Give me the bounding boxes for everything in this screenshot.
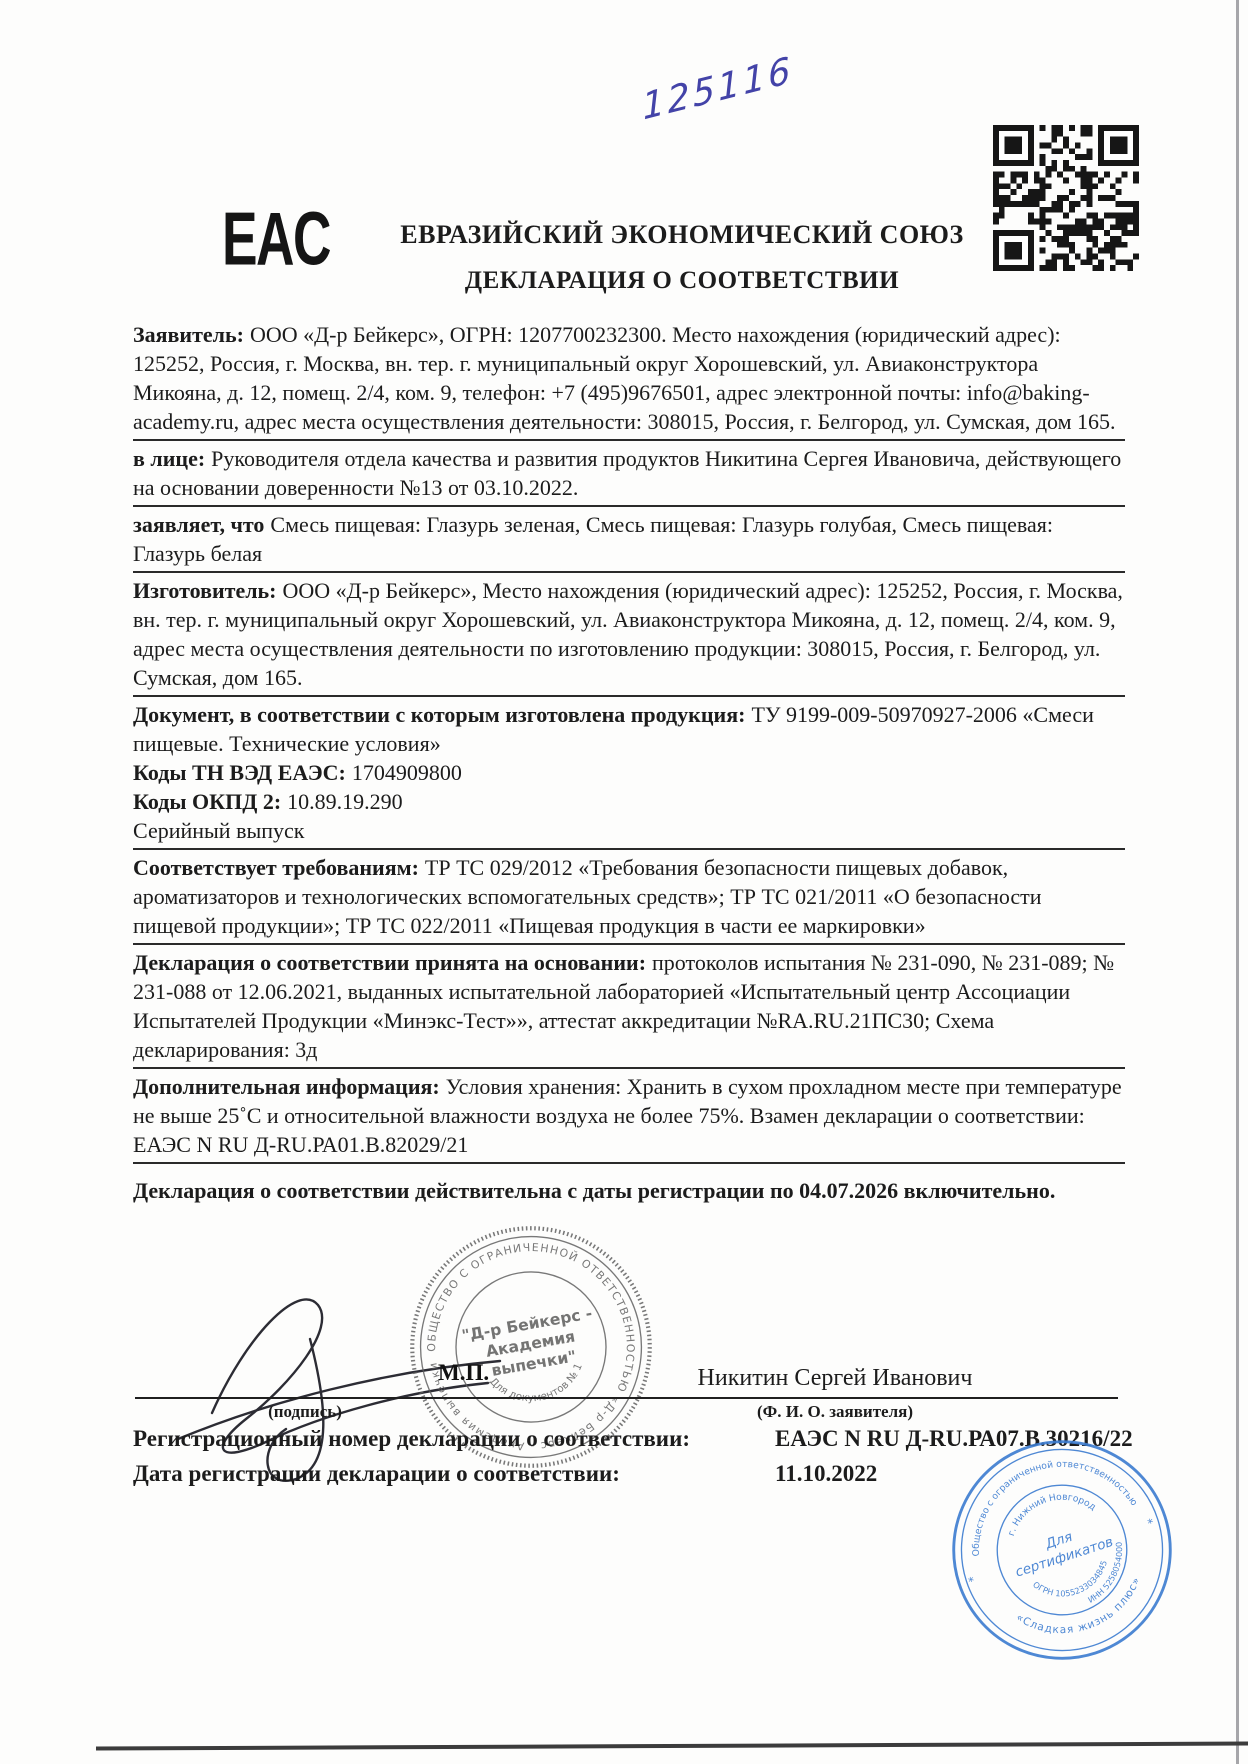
section-serial-release-text: Серийный выпуск xyxy=(133,818,304,843)
stamp-blue-star-right: * xyxy=(1146,1515,1156,1530)
section-product-document-label: Документ, в соответствии с которым изгот… xyxy=(133,702,751,727)
declaration-document-page: 125116 EAC ЕВРАЗИЙСКИЙ ЭКОНОМИЧЕСКИЙ СОЮ… xyxy=(0,0,1248,1764)
section-additional-info: Дополнительная информация:Условия хранен… xyxy=(133,1072,1125,1159)
section-okpd-codes: Коды ОКПД 2:10.89.19.290 xyxy=(133,787,1125,816)
section-divider xyxy=(133,1162,1125,1164)
section-divider xyxy=(133,848,1125,850)
registration-date-label: Дата регистрации декларации о соответств… xyxy=(133,1461,620,1487)
validity-statement: Декларация о соответствии действительна … xyxy=(133,1176,1125,1205)
applicant-name: Никитин Сергей Иванович xyxy=(620,1365,1050,1392)
section-requirements: Соответствует требованиям:ТР ТС 029/2012… xyxy=(133,853,1125,940)
section-okpd-codes-label: Коды ОКПД 2: xyxy=(133,789,287,814)
section-declares-text: Смесь пищевая: Глазурь зеленая, Смесь пи… xyxy=(133,512,1053,566)
document-body: Заявитель:ООО «Д-р Бейкерс», ОГРН: 12077… xyxy=(133,320,1125,1205)
stamp-mark-mp: М.П. xyxy=(438,1360,489,1386)
registration-date-value: 11.10.2022 xyxy=(775,1461,877,1487)
scan-edge-bottom xyxy=(96,1741,1248,1750)
section-basis-label: Декларация о соответствии принята на осн… xyxy=(133,950,652,975)
scan-edge-right xyxy=(1236,0,1239,1764)
document-subtitle: ДЕКЛАРАЦИЯ О СООТВЕТСТВИИ xyxy=(133,267,1231,295)
signature-caption: (подпись) xyxy=(205,1402,405,1422)
section-basis: Декларация о соответствии принята на осн… xyxy=(133,948,1125,1064)
registration-number-label: Регистрационный номер декларации о соотв… xyxy=(133,1426,690,1452)
section-divider xyxy=(133,943,1125,945)
section-divider xyxy=(133,571,1125,573)
section-representative-label: в лице: xyxy=(133,446,211,471)
section-okpd-codes-text: 10.89.19.290 xyxy=(287,789,403,814)
section-declares-label: заявляет, что xyxy=(133,512,270,537)
section-divider xyxy=(133,505,1125,507)
section-serial-release: Серийный выпуск xyxy=(133,816,1125,845)
section-divider xyxy=(133,439,1125,441)
section-tnved-codes-text: 1704909800 xyxy=(352,760,462,785)
section-declares: заявляет, чтоСмесь пищевая: Глазурь зеле… xyxy=(133,510,1125,568)
section-applicant: Заявитель:ООО «Д-р Бейкерс», ОГРН: 12077… xyxy=(133,320,1125,436)
section-tnved-codes-label: Коды ТН ВЭД ЕАЭС: xyxy=(133,760,352,785)
section-representative-text: Руководителя отдела качества и развития … xyxy=(133,446,1121,500)
applicant-name-line xyxy=(618,1397,1118,1399)
section-divider xyxy=(133,1067,1125,1069)
handwritten-serial-number: 125116 xyxy=(641,48,799,128)
section-divider xyxy=(133,695,1125,697)
section-tnved-codes: Коды ТН ВЭД ЕАЭС:1704909800 xyxy=(133,758,1125,787)
document-header: ЕВРАЗИЙСКИЙ ЭКОНОМИЧЕСКИЙ СОЮЗ ДЕКЛАРАЦИ… xyxy=(133,220,1231,295)
section-manufacturer: Изготовитель:ООО «Д-р Бейкерс», Место на… xyxy=(133,576,1125,692)
document-title: ЕВРАЗИЙСКИЙ ЭКОНОМИЧЕСКИЙ СОЮЗ xyxy=(133,220,1231,250)
section-additional-info-label: Дополнительная информация: xyxy=(133,1074,446,1099)
signature-line xyxy=(135,1397,643,1399)
section-manufacturer-label: Изготовитель: xyxy=(133,578,283,603)
section-applicant-text: ООО «Д-р Бейкерс», ОГРН: 1207700232300. … xyxy=(133,322,1116,434)
section-representative: в лице:Руководителя отдела качества и ра… xyxy=(133,444,1125,502)
section-requirements-label: Соответствует требованиям: xyxy=(133,855,425,880)
section-applicant-label: Заявитель: xyxy=(133,322,250,347)
section-product-document: Документ, в соответствии с которым изгот… xyxy=(133,700,1125,758)
applicant-name-caption: (Ф. И. О. заявителя) xyxy=(620,1402,1050,1422)
